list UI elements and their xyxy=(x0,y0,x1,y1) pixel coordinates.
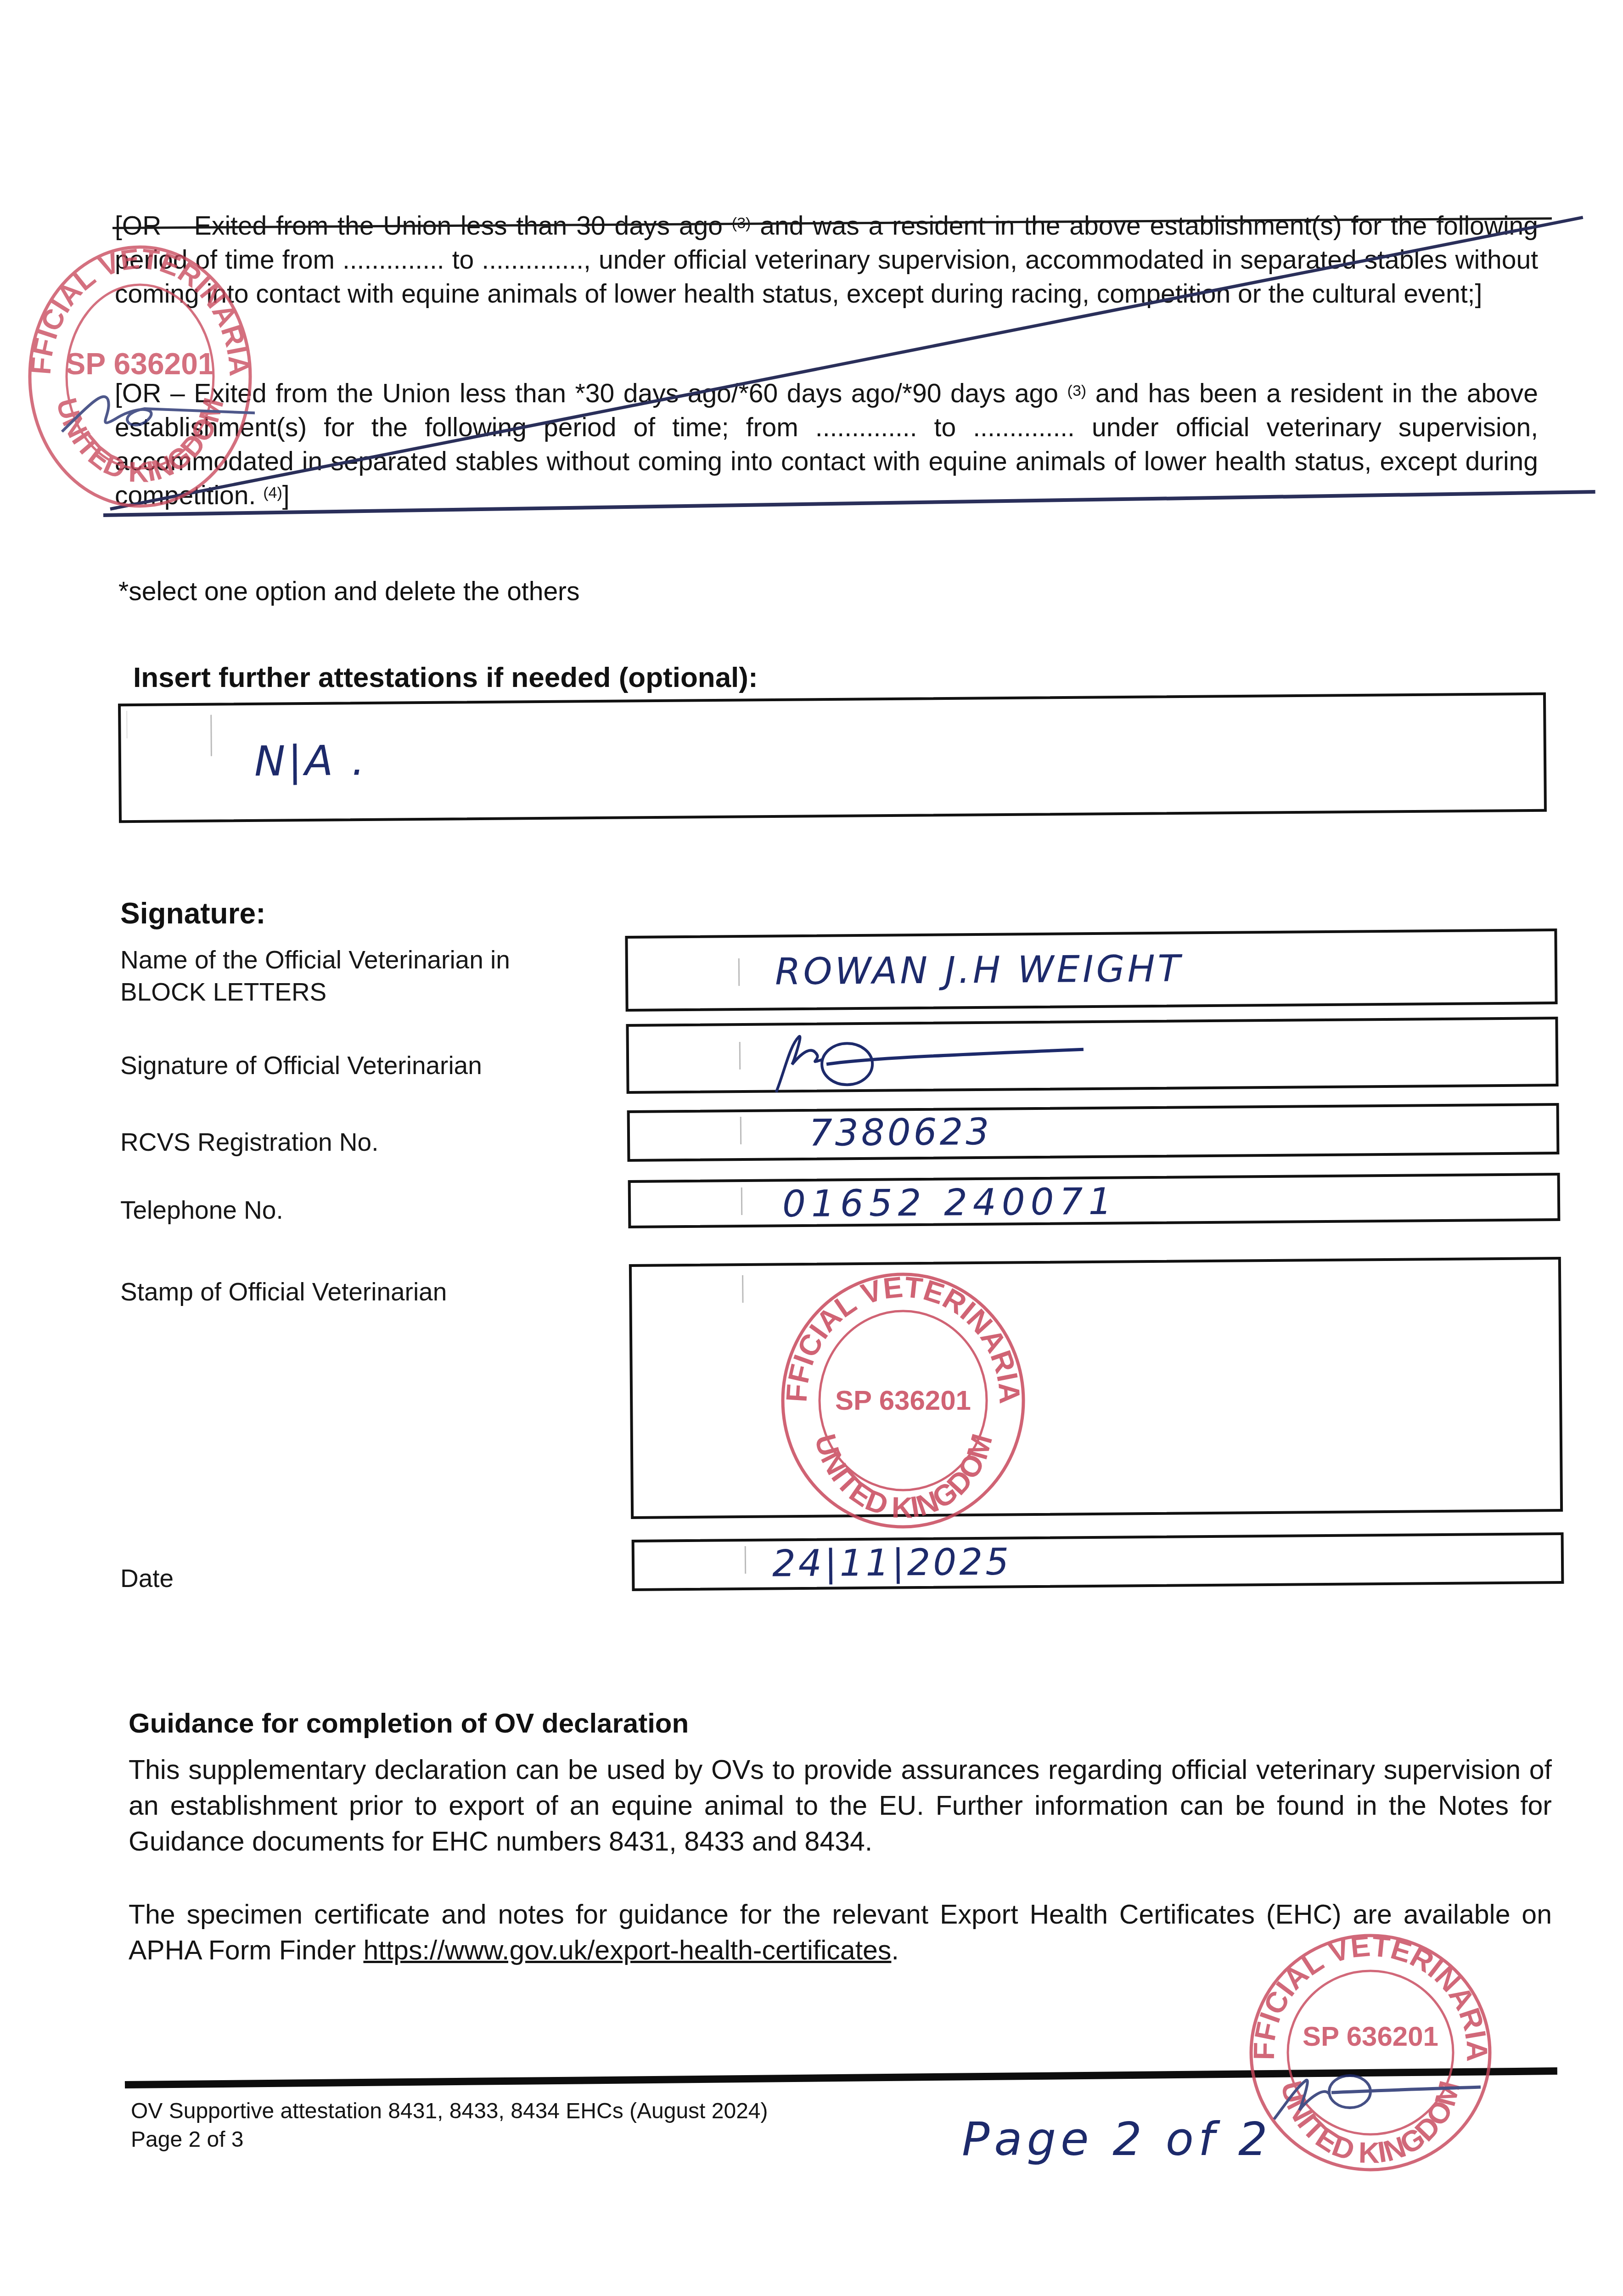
name-label: Name of the Official Veterinarian in BLO… xyxy=(120,944,510,1008)
rcvs-field[interactable]: 7380623 xyxy=(627,1103,1560,1162)
svg-text:UNITED KINGDOM: UNITED KINGDOM xyxy=(809,1430,999,1525)
further-attestations-field[interactable]: N|A . xyxy=(118,692,1547,823)
guidance-paragraph: This supplementary declaration can be us… xyxy=(129,1752,1552,1859)
svg-text:SP 636201: SP 636201 xyxy=(1303,2021,1438,2052)
export-health-certificates-link[interactable]: https://www.gov.uk/export-health-certifi… xyxy=(363,1935,891,1965)
date-field[interactable]: 24|11|2025 xyxy=(632,1532,1564,1591)
further-attestations-heading: Insert further attestations if needed (o… xyxy=(133,661,758,694)
name-value: ROWAN J.H WEIGHT xyxy=(775,947,1183,993)
signature-label: Signature of Official Veterinarian xyxy=(120,1049,482,1081)
svg-text:SP 636201: SP 636201 xyxy=(65,347,214,381)
telephone-value: 01652 240071 xyxy=(782,1180,1118,1226)
date-label: Date xyxy=(120,1562,174,1594)
svg-text:OFFICIAL VETERINARIAN: OFFICIAL VETERINARIAN xyxy=(778,1270,1027,1405)
guidance-heading: Guidance for completion of OV declaratio… xyxy=(129,1707,689,1739)
select-option-note: *select one option and delete the others xyxy=(118,576,580,607)
option-2-text-c: ] xyxy=(282,481,290,510)
signature-field[interactable] xyxy=(626,1017,1558,1094)
field-tick xyxy=(742,1275,743,1303)
further-attestations-value: N|A . xyxy=(254,737,368,786)
option-2-text-a: [OR – Exited from the Union less than *3… xyxy=(115,379,1067,408)
footnote-ref-3: (3) xyxy=(1067,382,1087,400)
field-tick xyxy=(745,1546,746,1574)
official-veterinarian-stamp-icon: OFFICIAL VETERINARIAN UNITED KINGDOM SP … xyxy=(1247,1931,1494,2174)
field-tick xyxy=(741,1187,742,1215)
attestation-option-2: [OR – Exited from the Union less than *3… xyxy=(115,377,1538,512)
official-veterinarian-stamp-icon: OFFICIAL VETERINARIAN UNITED KINGDOM SP … xyxy=(778,1270,1028,1531)
official-veterinarian-stamp-icon: OFFICIAL VETERINARIAN UNITED KINGDOM SP … xyxy=(25,239,255,510)
stamp-field[interactable] xyxy=(629,1257,1563,1519)
stamp-label: Stamp of Official Veterinarian xyxy=(120,1276,447,1308)
svg-text:SP 636201: SP 636201 xyxy=(835,1385,971,1416)
field-tick xyxy=(738,958,740,986)
footer-document-id: OV Supportive attestation 8431, 8433, 84… xyxy=(131,2098,768,2125)
signature-heading: Signature: xyxy=(120,896,265,930)
footer-page-number: Page 2 of 3 xyxy=(131,2126,244,2154)
field-tick xyxy=(210,715,212,756)
name-field[interactable]: ROWAN J.H WEIGHT xyxy=(625,929,1557,1012)
field-tick xyxy=(739,1042,741,1069)
handwritten-signature-icon xyxy=(767,1025,1089,1097)
rcvs-value: 7380623 xyxy=(809,1110,992,1154)
date-value: 24|11|2025 xyxy=(772,1540,1012,1585)
telephone-field[interactable]: 01652 240071 xyxy=(628,1173,1561,1228)
field-tick xyxy=(126,711,127,738)
telephone-label: Telephone No. xyxy=(120,1194,283,1226)
footnote-ref-4: (4) xyxy=(263,484,282,501)
handwritten-page-number: Page 2 of 2 xyxy=(962,2112,1272,2166)
field-tick xyxy=(740,1117,741,1144)
rcvs-label: RCVS Registration No. xyxy=(120,1126,378,1158)
